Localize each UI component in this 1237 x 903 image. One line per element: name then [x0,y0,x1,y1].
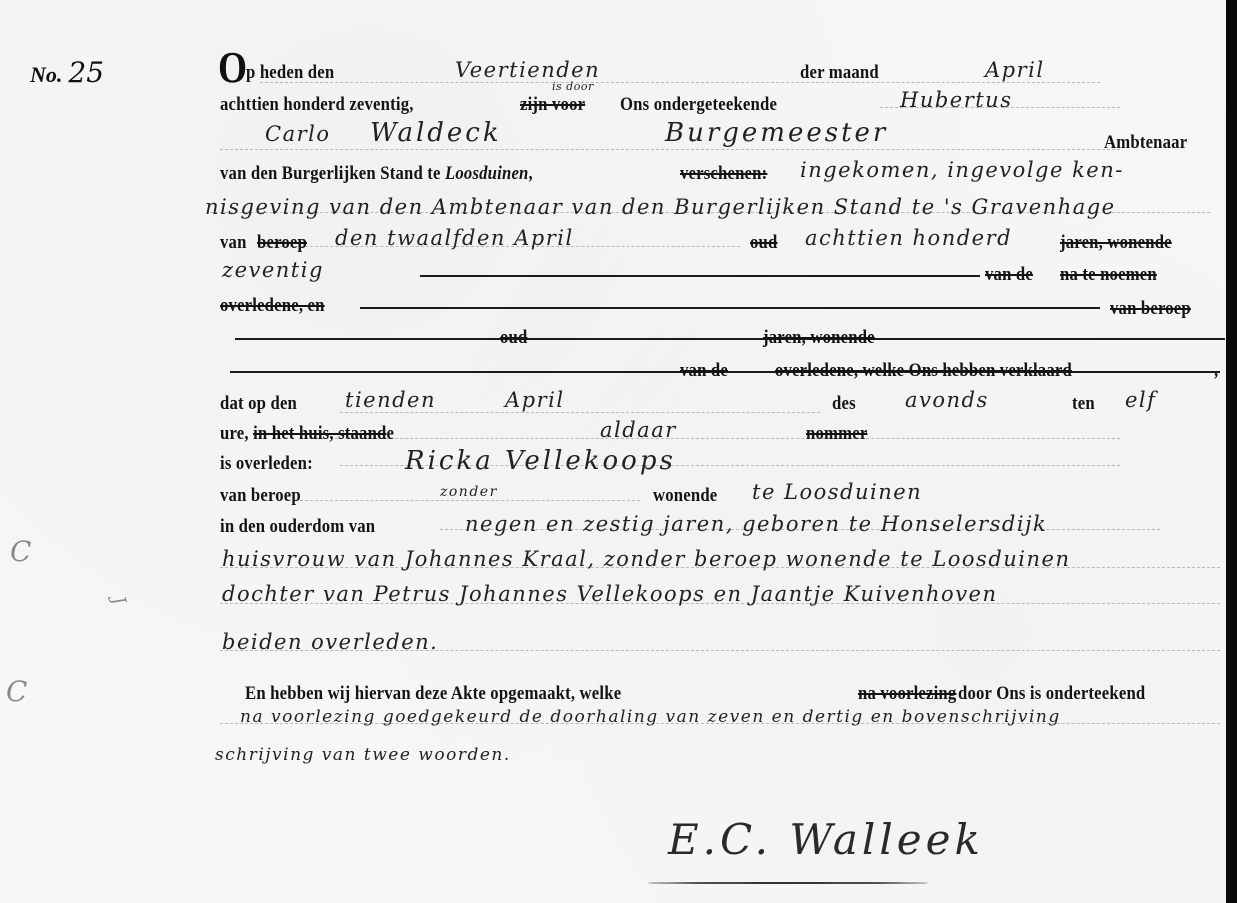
printed-text: ten [1072,393,1095,415]
handwritten-time: avonds [905,388,989,412]
handwritten-approval: schrijving van twee woorden. [215,745,511,765]
printed-text: e [387,423,395,444]
struck-text: in het huis, staand [253,423,386,444]
struck-text: jaren, wonende [763,327,875,349]
handwritten-date: den twaalfden April [335,226,574,250]
number-value: 25 [68,56,104,89]
handwritten-approval: na voorlezing goedgekeurd de doorhaling … [240,707,1061,727]
handwritten-day: tienden [345,388,436,412]
handwritten-title: Burgemeester [665,118,888,148]
ruled-line [340,412,820,413]
handwritten-age-birthplace: negen en zestig jaren, geboren te Honsel… [465,512,1047,536]
printed-text: Ons ondergeteekende [620,94,777,116]
handwritten-name: Carlo [265,122,331,146]
struck-text: nommer [806,423,867,445]
handwritten-text: beiden overleden. [222,630,438,654]
printed-text: En hebben wij hiervan deze Akte opgemaak… [245,683,621,705]
handwritten-parents: dochter van Petrus Johannes Vellekoops e… [222,582,998,606]
printed-text: ure, [220,423,249,444]
handwritten-location: aldaar [600,418,677,442]
ruled-line [260,82,1100,83]
strike-line [420,275,980,277]
handwritten-firstname: Hubertus [900,88,1013,112]
printed-text: , [1214,360,1218,382]
printed-place: Loosduinen [445,163,529,184]
printed-text: van den Burgerlijken Stand te Loosduinen… [220,163,533,185]
strike-line [235,338,1225,340]
struck-text: oud [500,327,527,349]
drop-cap: O [218,48,247,88]
printed-text: wonende [653,485,717,507]
printed-text: van [220,232,247,254]
strike-line [360,307,1100,309]
handwritten-month: April [505,388,565,412]
handwritten-text: ingekomen, ingevolge ken- [800,158,1124,182]
margin-mark: C [6,675,27,708]
struck-text: na voorlezing [858,683,956,705]
printed-text: in den ouderdom van [220,516,375,538]
struck-text: overledene, welke Ons hebben verklaard [775,360,1072,382]
ruled-line [300,500,640,501]
struck-text: oud [750,232,777,254]
struck-text: verschenen: [680,163,767,185]
handwritten-deceased-name: Ricka Vellekoops [405,446,676,476]
handwritten-text: nisgeving van den Ambtenaar van den Burg… [205,195,1116,219]
handwritten-hour: elf [1125,388,1156,412]
printed-text: des [832,393,856,415]
printed-text: p heden den [246,62,334,84]
document-page: No.25 C J C O p heden den Veertienden de… [0,0,1226,903]
handwritten-residence: te Loosduinen [752,480,922,504]
document-number: No.25 [30,56,104,89]
handwritten-year: achttien honderd [805,226,1012,250]
printed-text: door Ons is onderteekend [958,683,1145,705]
handwritten-surname: Waldeck [370,118,502,148]
printed-text: Ambtenaar [1104,132,1187,154]
printed-text: is overleden: [220,453,313,475]
scan-edge-border [1226,0,1237,903]
printed-text: van den Burgerlijken Stand te [220,163,441,184]
ruled-line [300,438,1120,439]
margin-mark: J [108,594,130,608]
printed-text: der maand [800,62,879,84]
signature-flourish [648,882,928,884]
handwritten-spouse: huisvrouw van Johannes Kraal, zonder ber… [222,547,1071,571]
printed-text: , [529,163,533,184]
interlinear-correction: is door [552,80,594,93]
struck-text: overledene, en [220,295,325,317]
struck-text: van de [680,360,728,382]
struck-text: zijn voor [520,94,585,116]
margin-mark: C [10,535,31,568]
struck-text: van beroep [1110,298,1191,320]
struck-text: van de [985,264,1033,286]
ruled-line [220,149,1120,150]
struck-text: beroep [257,232,307,254]
struck-text: na te noemen [1060,264,1157,286]
printed-text: dat op den [220,393,297,415]
handwritten-occupation: zonder [440,484,498,500]
struck-text: jaren, wonende [1060,232,1172,254]
handwritten-month: April [985,58,1045,82]
printed-text: van beroep [220,485,301,507]
handwritten-day: Veertienden [455,58,600,82]
printed-text: ure, in het huis, staande [220,423,394,445]
signature: E.C. Walleek [668,815,984,864]
handwritten-year: zeventig [222,258,324,282]
printed-text: achttien honderd zeventig, [220,94,414,116]
number-label: No. [30,62,62,87]
